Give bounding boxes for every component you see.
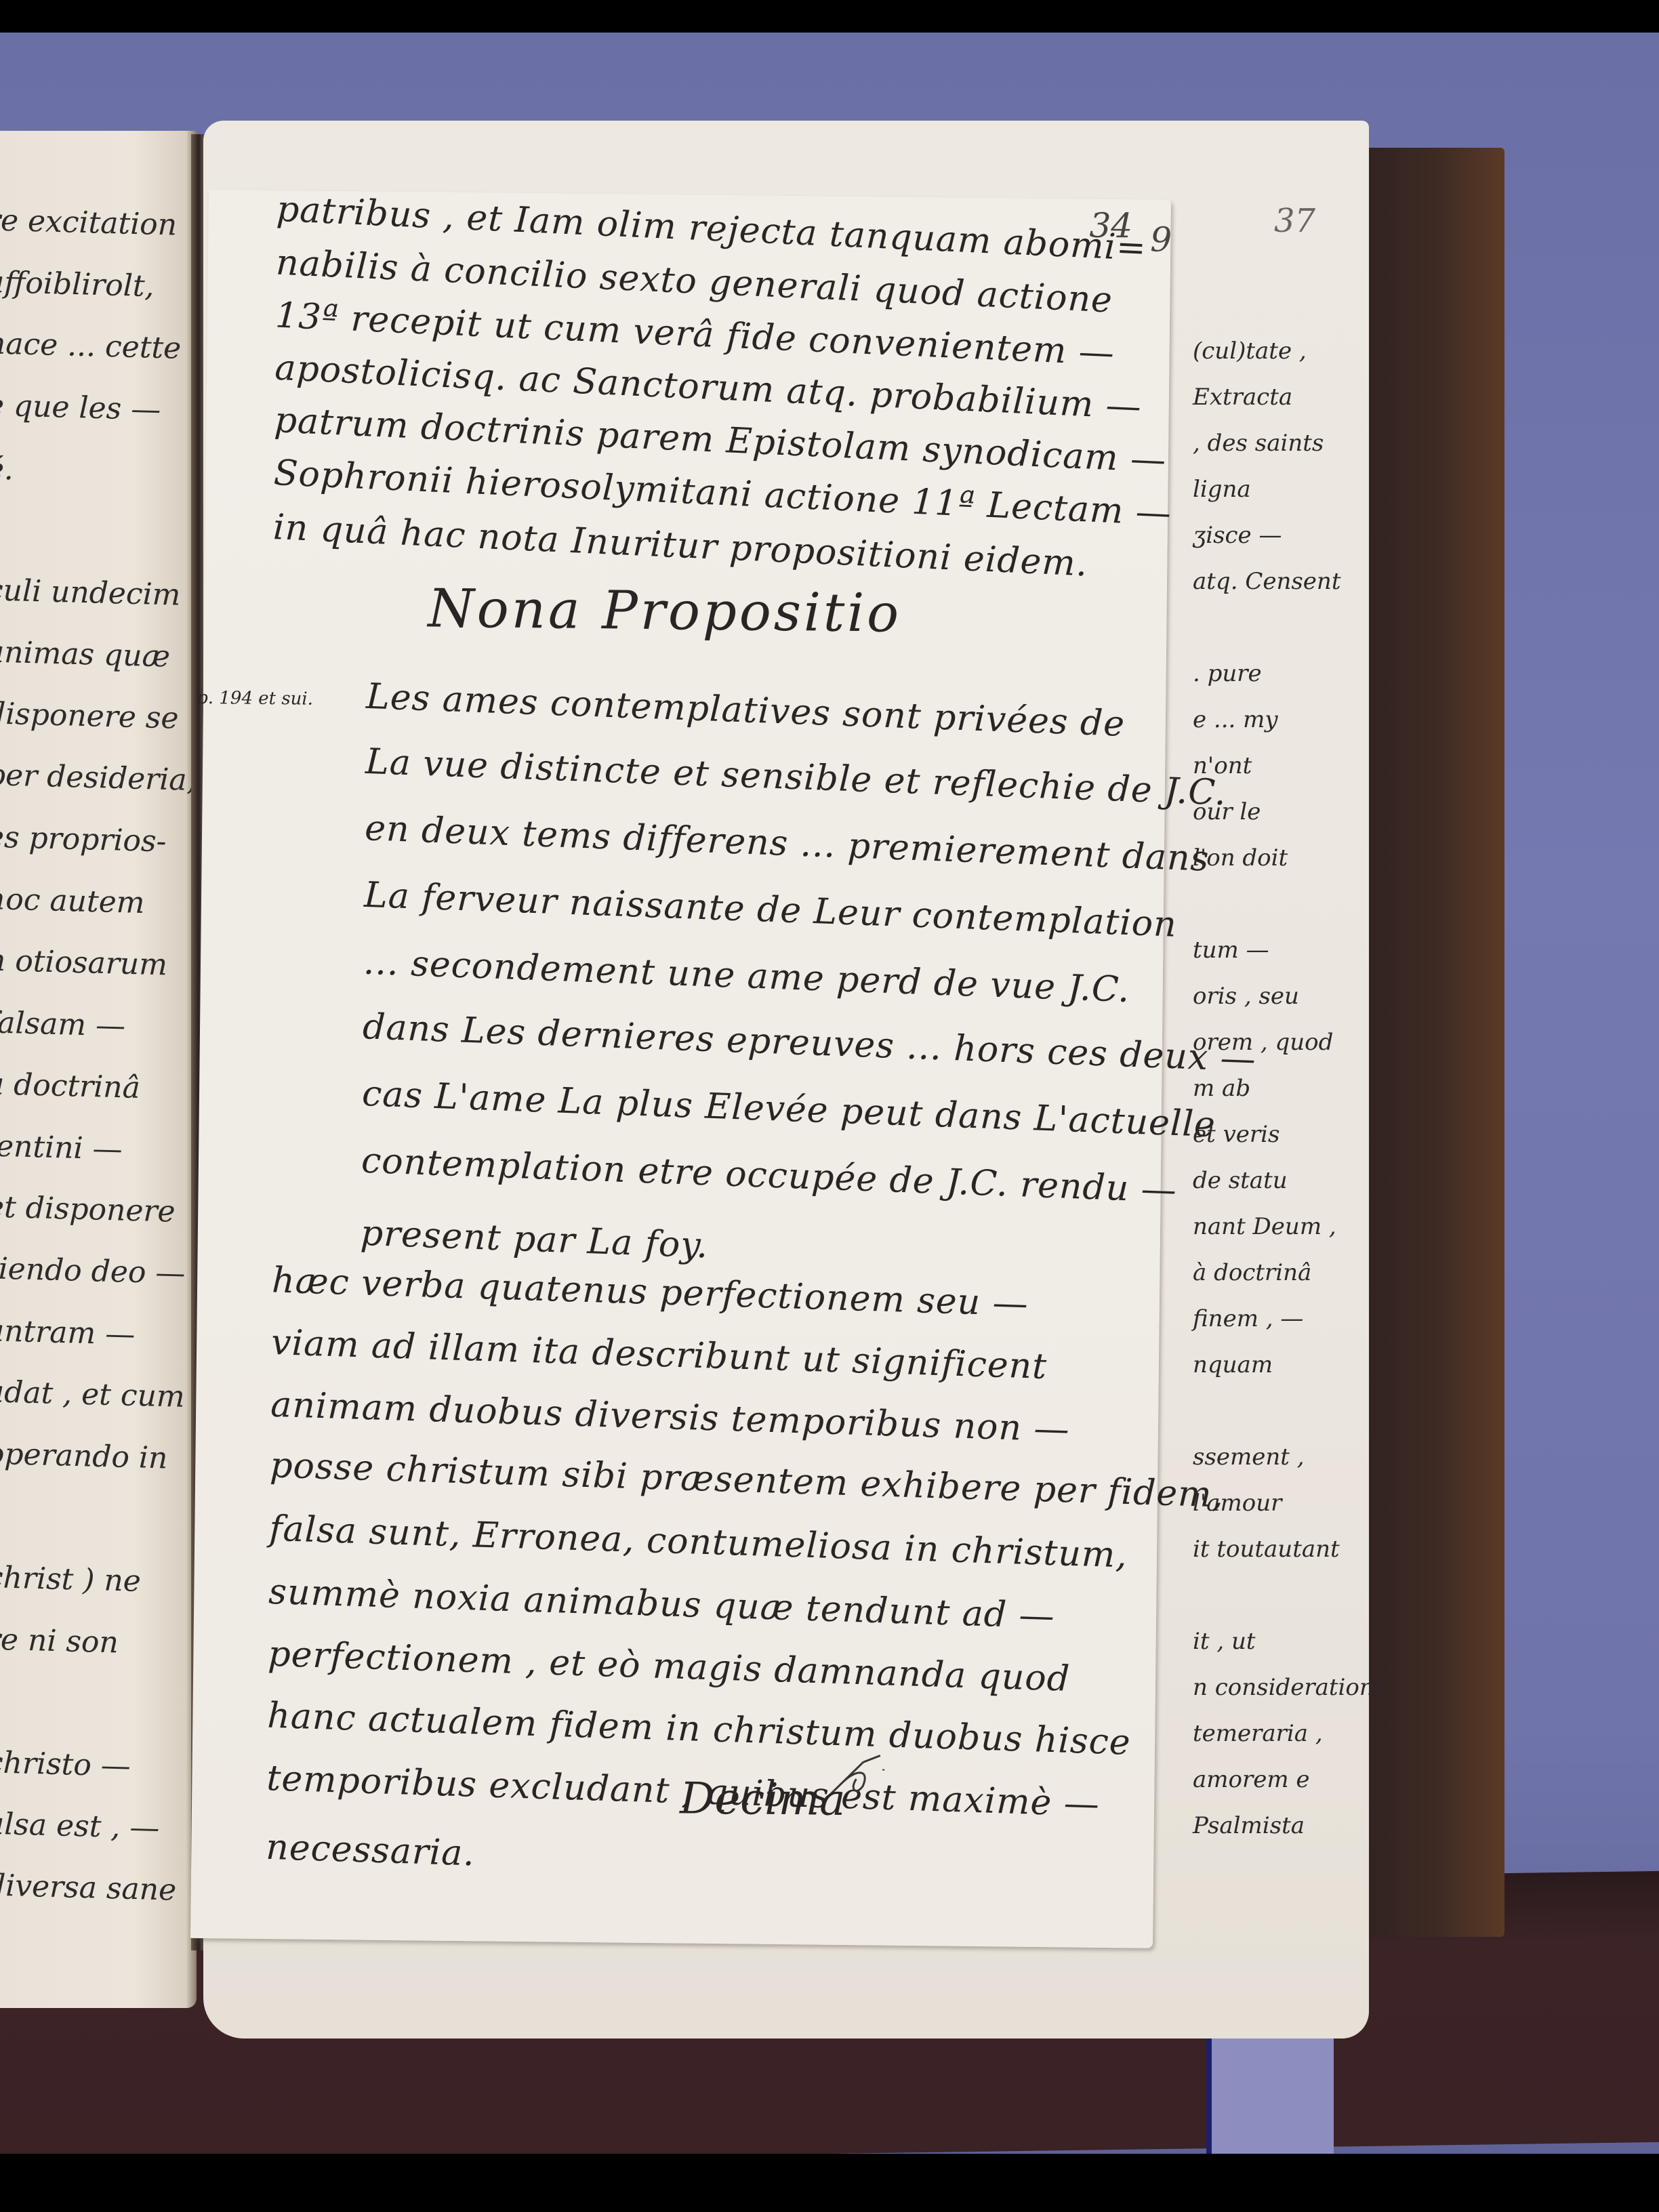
text-line: La ferveur naissante de Leur contemplati…	[363, 875, 1177, 945]
text-line: nace ... cette	[0, 326, 182, 366]
text-line: et disponere	[0, 1189, 176, 1229]
text-line: ʒisce —	[1193, 522, 1282, 549]
text-line: en deux tems differens ... premierement …	[364, 808, 1210, 880]
text-line: affoiblirolt,	[0, 265, 155, 304]
text-line: diversa sane	[0, 1868, 177, 1907]
text-line: necessaria.	[265, 1827, 475, 1875]
text-line: alsa est , —	[0, 1807, 160, 1846]
text-line: finem , —	[1193, 1305, 1303, 1332]
text-line: present par La foy.	[360, 1213, 709, 1267]
text-line: animas quæ	[0, 634, 171, 674]
text-line: de statu	[1193, 1167, 1288, 1194]
text-line: , des saints	[1193, 430, 1324, 457]
text-line: tiendo deo —	[0, 1251, 186, 1291]
text-line: n otiosarum	[0, 943, 168, 983]
text-line: ligna	[1193, 476, 1251, 503]
text-line: n consideratione	[1193, 1674, 1388, 1701]
text-line: Psalmista	[1193, 1812, 1305, 1839]
text-line: perfectionem , et eò magis damnanda quod	[268, 1634, 1071, 1700]
text-line: falsam —	[0, 1005, 126, 1043]
underlying-page-text: (cul)tate ,Extracta, des saintslignaʒisc…	[1179, 317, 1362, 1876]
text-line: dans Les dernieres epreuves ... hors ces…	[362, 1006, 1257, 1080]
text-line: hæc verba quatenus perfectionem seu —	[271, 1260, 1029, 1324]
text-line: re ni son	[0, 1622, 119, 1660]
text-line: it toutautant	[1193, 1536, 1340, 1563]
text-line: nquam	[1193, 1351, 1273, 1378]
text-line: e ... my	[1193, 706, 1278, 733]
text-line: christo —	[0, 1745, 131, 1784]
text-line: é.	[0, 451, 14, 487]
text-line: disponere se	[0, 696, 179, 735]
text-line: antram —	[0, 1313, 136, 1352]
text-line: oris , seu	[1193, 983, 1299, 1010]
text-line: re excitation	[0, 203, 178, 242]
text-line: lentini —	[0, 1128, 123, 1166]
text-line: temeraria ,	[1193, 1720, 1323, 1747]
text-line: e que les —	[0, 388, 161, 428]
text-line: à doctrinâ	[1193, 1259, 1311, 1286]
underlying-folio-number: 37	[1274, 202, 1315, 240]
text-line: falsa sunt, Erronea, contumeliosa in chr…	[269, 1509, 1128, 1576]
margin-reference: p. 194 et sui.	[197, 688, 313, 710]
text-line: contemplation etre occupée de J.C. rendu…	[361, 1141, 1178, 1211]
photo-background: re excitationaffoiblirolt,nace ... cette…	[0, 33, 1659, 2154]
text-line: amorem e	[1193, 1766, 1310, 1793]
text-line: ssement ,	[1193, 1443, 1305, 1471]
text-line: Extracta	[1193, 384, 1292, 411]
text-line: it , ut	[1193, 1628, 1256, 1655]
left-page: re excitationaffoiblirolt,nace ... cette…	[0, 131, 197, 2008]
text-line: animam duobus diversis temporibus non —	[270, 1385, 1070, 1450]
inserted-sheet: 34 9 patribus , et Iam olim rejecta tanq…	[190, 190, 1171, 1948]
text-line: La vue distincte et sensible et reflechi…	[365, 741, 1227, 814]
text-line: viam ad illam ita describunt ut signific…	[270, 1322, 1048, 1387]
text-line: operando in	[0, 1437, 168, 1476]
text-line: atq. Censent	[1193, 568, 1340, 595]
section-heading: Nona Propositio	[428, 578, 901, 644]
text-line: es proprios-	[0, 820, 167, 859]
text-line: nant Deum ,	[1193, 1213, 1336, 1240]
sheet-folio-mark: 9	[1150, 220, 1172, 260]
text-line: . pure	[1193, 660, 1262, 687]
text-line: Les ames contemplatives sont privées de	[365, 676, 1126, 745]
text-line: hoc autem	[0, 882, 145, 920]
text-line: hanc actualem fidem in christum duobus h…	[267, 1696, 1132, 1763]
text-line: tum —	[1193, 937, 1269, 964]
text-line: posse christum sibi præsentem exhibere p…	[270, 1445, 1225, 1515]
text-line: ... secondement une ame perd de vue J.C.	[363, 942, 1130, 1010]
catchword-next-page: Decima	[680, 1774, 846, 1826]
text-line: per desideria,	[0, 758, 197, 798]
text-line: à doctrinâ	[0, 1067, 141, 1105]
text-line: (cul)tate ,	[1193, 337, 1307, 365]
text-line: summè noxia animabus quæ tendunt ad —	[268, 1572, 1056, 1637]
text-line: cas L'ame La plus Elevée peut dans L'act…	[361, 1073, 1216, 1145]
text-line: culi undecim	[0, 573, 181, 612]
text-line: christ ) ne	[0, 1560, 142, 1599]
text-line: adat , et cum	[0, 1374, 185, 1414]
